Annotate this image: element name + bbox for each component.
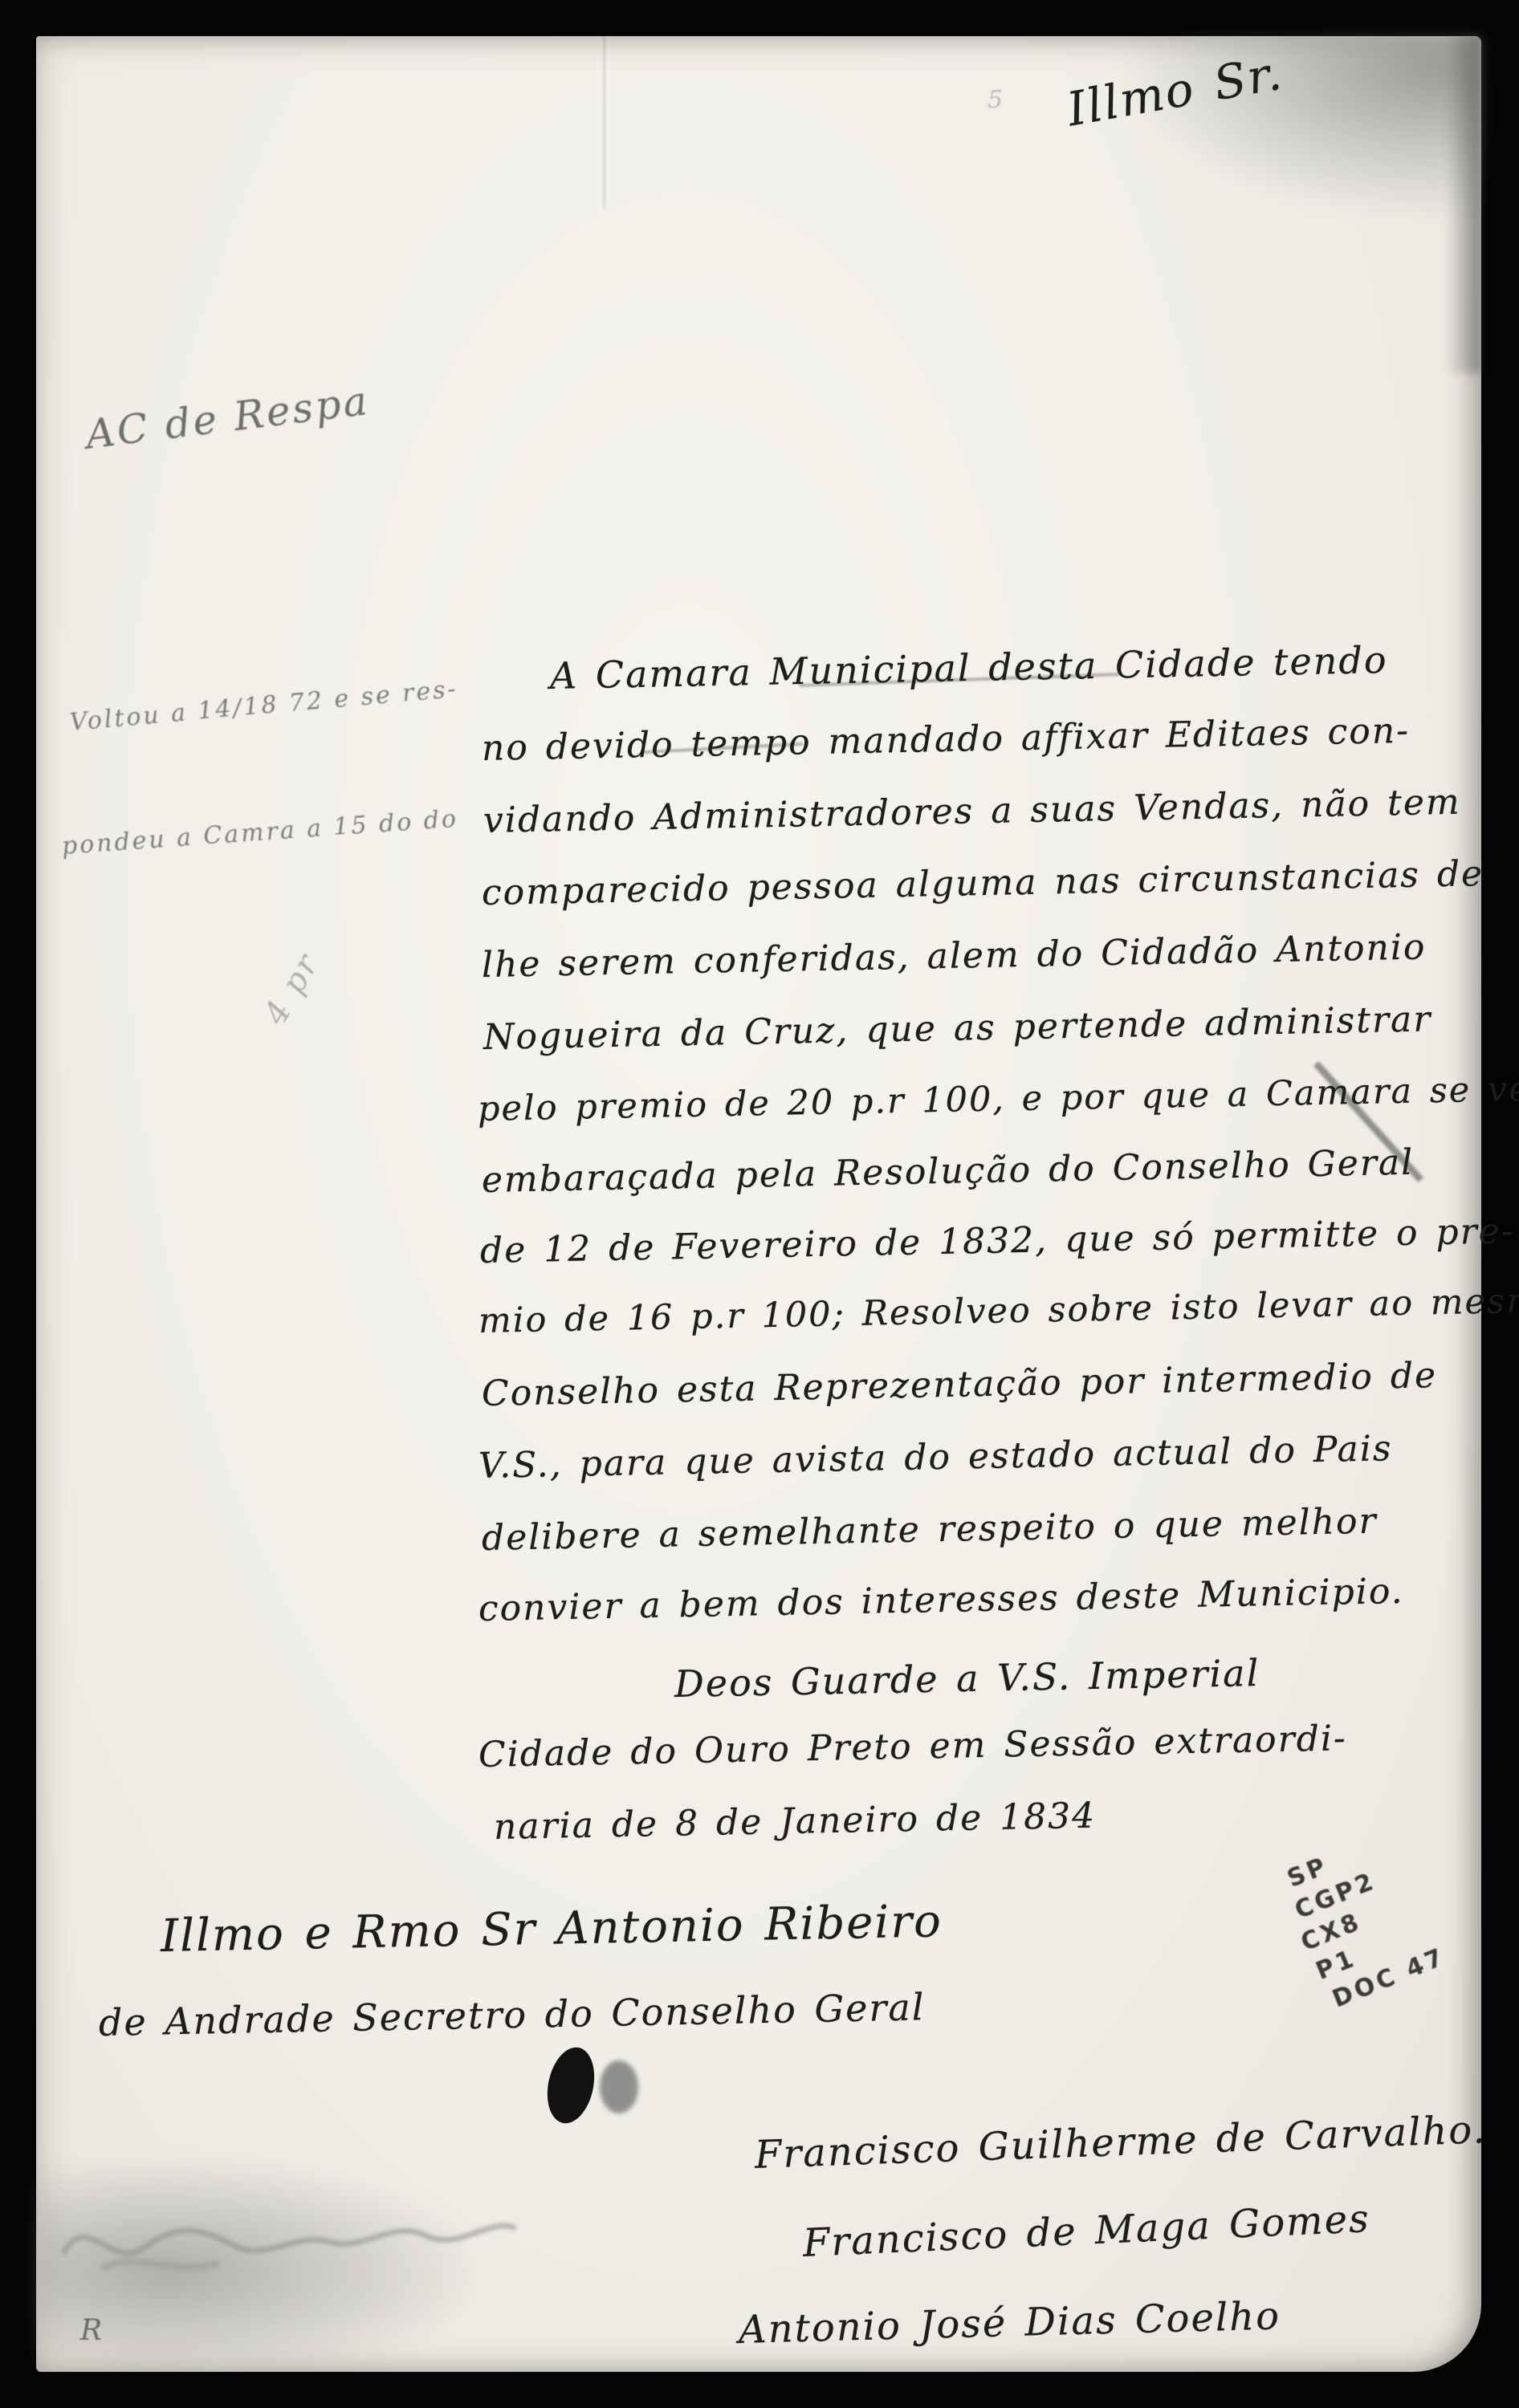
- faint-pencil-scribble: [56, 2195, 522, 2292]
- body-line: delibere a semelhante respeito o que mel…: [482, 1501, 1378, 1559]
- signature: Francisco de Maga Gomes: [802, 2196, 1371, 2266]
- margin-return-note-line2: pondeu a Camra a 15 do do: [61, 805, 459, 860]
- manuscript-page: 5 Illmo Sr. AC de Respa Voltou a 14/18 7…: [36, 36, 1481, 2372]
- margin-return-note-line1: Voltou a 14/18 72 e se res-: [68, 675, 458, 737]
- body-line: embaraçada pela Resolução do Conselho Ge…: [482, 1142, 1415, 1201]
- body-line: vidando Administradores a suas Vendas, n…: [483, 782, 1462, 841]
- page-number-mark: 5: [988, 86, 1005, 114]
- body-line: de 12 de Fevereiro de 1832, que só permi…: [480, 1210, 1516, 1271]
- body-line: A Camara Municipal desta Cidade tendo: [549, 638, 1387, 698]
- margin-reply-note: AC de Respa: [83, 377, 372, 458]
- signature: Antonio José Dias Coelho: [738, 2293, 1281, 2353]
- margin-bottom-mark: R: [80, 2314, 104, 2347]
- body-line: no devido tempo mandado affixar Editaes …: [482, 710, 1411, 769]
- body-line: comparecido pessoa alguma nas circunstan…: [482, 853, 1484, 913]
- closing-line: Cidade do Ouro Preto em Sessão extraordi…: [479, 1718, 1348, 1775]
- body-line: mio de 16 p.r 100; Resolveo sobre isto l…: [479, 1280, 1519, 1341]
- signature: Francisco Guilherme de Carvalho.: [754, 2107, 1487, 2178]
- body-line: Nogueira da Cruz, que as pertende admini…: [483, 999, 1432, 1058]
- addressee-line: de Andrade Secretro do Conselho Geral: [98, 1985, 926, 2044]
- closing-line: Deos Guarde a V.S. Imperial: [674, 1651, 1260, 1706]
- ink-blot: [541, 2043, 601, 2128]
- fold-crease-line: [603, 36, 605, 209]
- body-line: convier a bem dos interesses deste Munic…: [479, 1571, 1405, 1629]
- addressee-line: Illmo e Rmo Sr Antonio Ribeiro: [160, 1895, 943, 1963]
- body-line: Conselho esta Reprezentação por intermed…: [482, 1355, 1438, 1414]
- archive-reference-stamp: SP CGP2 CX8 P1 DOC 47: [1283, 1822, 1451, 2015]
- closing-line: naria de 8 de Janeiro de 1834: [494, 1796, 1097, 1848]
- ink-blot-halo: [600, 2060, 638, 2113]
- body-line: V.S., para que avista do estado actual d…: [479, 1428, 1393, 1487]
- margin-pencil-mark: 4 pr: [257, 946, 327, 1031]
- smudge-right-edge: [1444, 36, 1481, 373]
- body-line: lhe serem conferidas, alem do Cidadão An…: [482, 926, 1427, 986]
- scanned-document: 5 Illmo Sr. AC de Respa Voltou a 14/18 7…: [0, 0, 1519, 2408]
- salutation-top: Illmo Sr.: [1063, 45, 1287, 136]
